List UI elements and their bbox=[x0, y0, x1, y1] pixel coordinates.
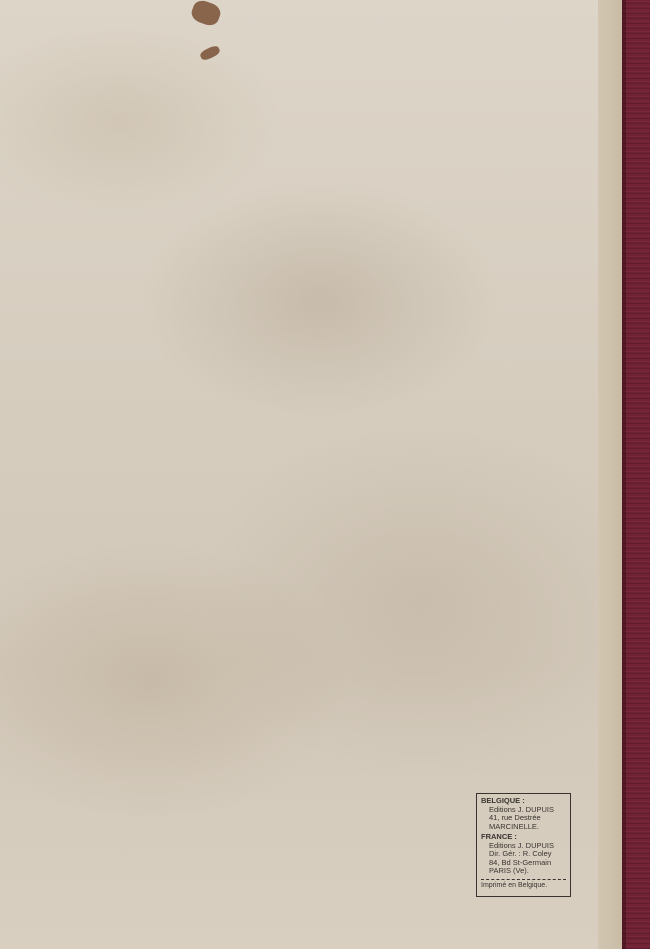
france-line: PARIS (Ve). bbox=[481, 867, 566, 876]
dashed-divider bbox=[481, 879, 566, 880]
belgique-line: MARCINELLE. bbox=[481, 823, 566, 832]
spine-edge bbox=[598, 0, 622, 949]
printed-in-note: Imprimé en Belgique. bbox=[481, 882, 566, 891]
publisher-imprint-box: BELGIQUE : Editions J. DUPUIS 41, rue De… bbox=[476, 793, 571, 897]
spine-shadow bbox=[622, 0, 626, 949]
book-spine bbox=[622, 0, 650, 949]
